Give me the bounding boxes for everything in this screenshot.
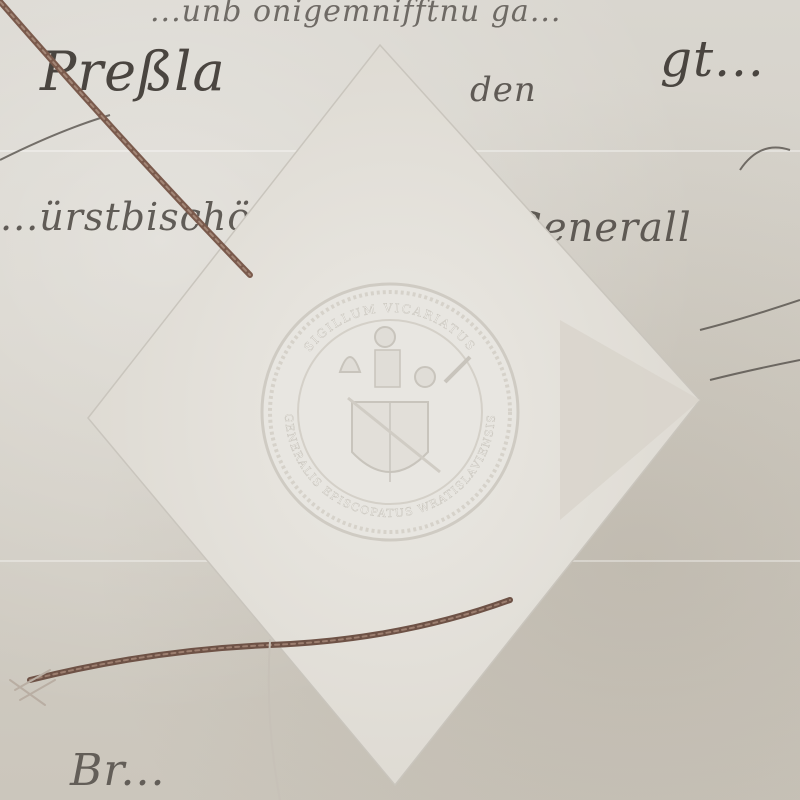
embossed-seal: SIGILLUM VICARIATUS GENERALIS EPISCOPATU… [262, 284, 518, 540]
seal-and-cord-graphics: SIGILLUM VICARIATUS GENERALIS EPISCOPATU… [0, 0, 800, 800]
document-photo: ...unb onigemnifftnu ga... Preßla den gt… [0, 0, 800, 800]
